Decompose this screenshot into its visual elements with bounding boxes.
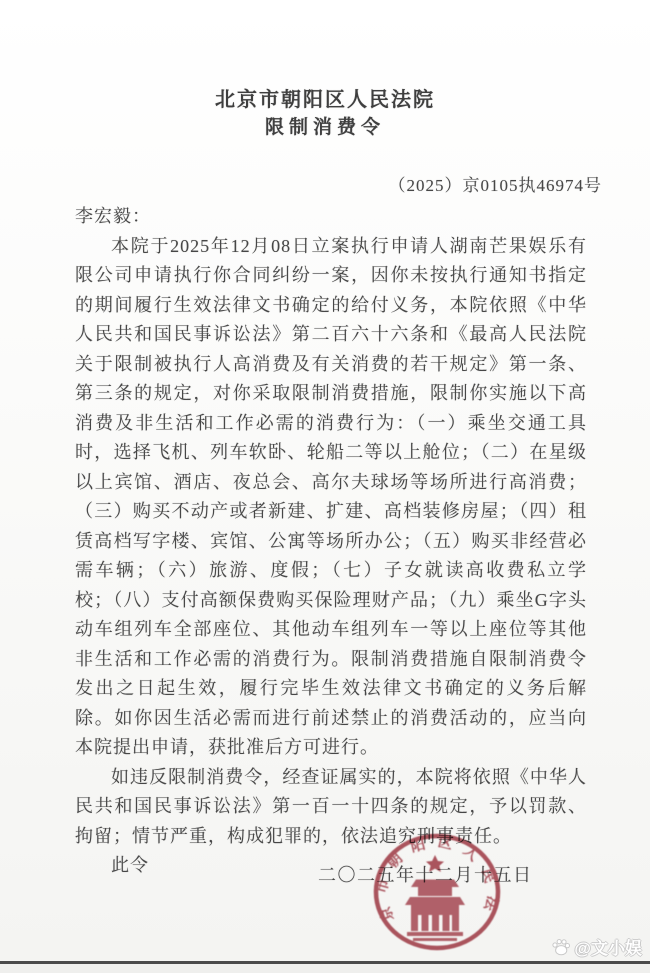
seal-star-icon: [426, 855, 444, 872]
watermark-text: @文小娱: [574, 934, 642, 959]
paw-icon: [551, 937, 571, 957]
addressee: 李宏毅：: [75, 202, 587, 232]
seal-emblem-icon: [405, 880, 465, 942]
photo-below-edge-area: [0, 964, 650, 973]
body-paragraph-2: 如违反限制消费令，经查证属实的，本院将依照《中华人民共和国民事诉讼法》第一百一十…: [75, 763, 587, 852]
court-document-photo: 北京市朝阳区人民法院 限制消费令 （2025）京0105执46974号 李宏毅：…: [0, 0, 650, 973]
watermark: @文小娱: [551, 934, 642, 959]
court-name: 北京市朝阳区人民法院: [0, 83, 650, 112]
case-number: （2025）京0105执46974号: [389, 171, 603, 196]
body-paragraph-1: 本院于2025年12月08日立案执行申请人湖南芒果娱乐有限公司申请执行你合同纠纷…: [75, 232, 587, 763]
document-body: 李宏毅： 本院于2025年12月08日立案执行申请人湖南芒果娱乐有限公司申请执行…: [75, 202, 587, 881]
court-seal: 北京市朝阳区人民法院: [371, 831, 503, 953]
document-title: 限制消费令: [0, 112, 650, 139]
